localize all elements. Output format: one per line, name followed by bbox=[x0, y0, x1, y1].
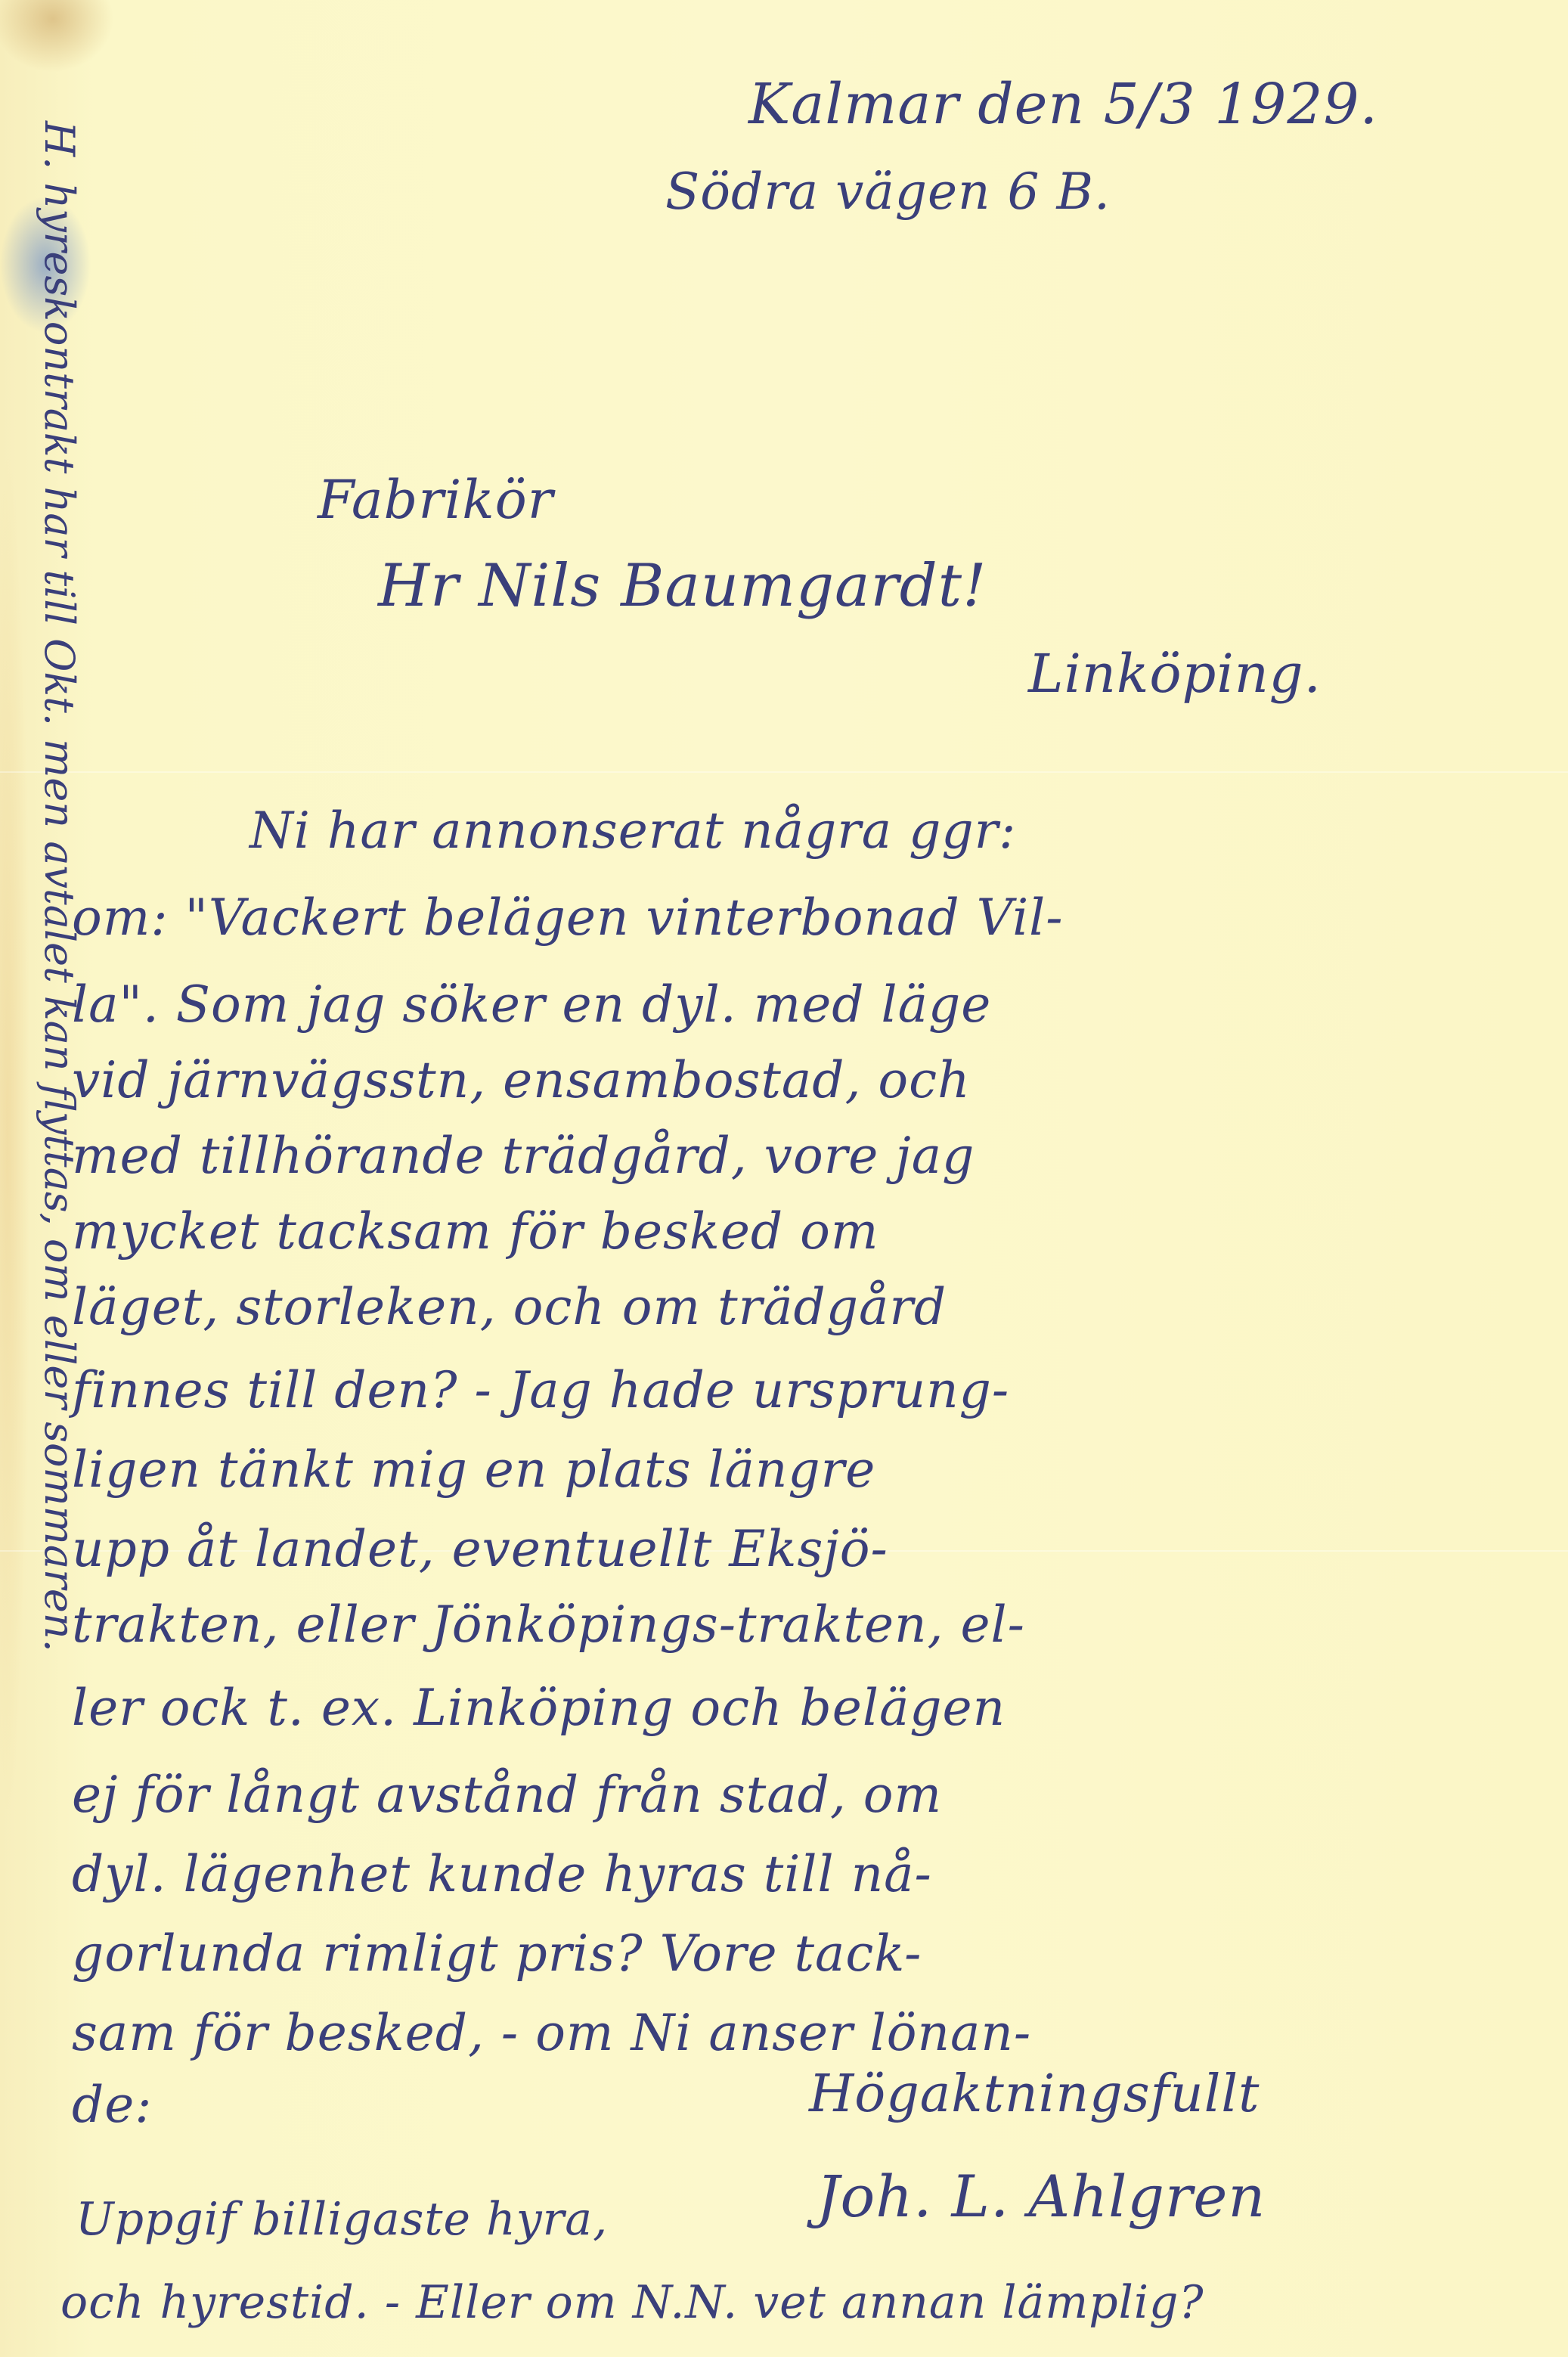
body-line: ligen tänkt mig en plats längre bbox=[72, 1441, 875, 1499]
body-line: ler ock t. ex. Linköping och belägen bbox=[72, 1679, 1006, 1737]
body-line: mycket tacksam för besked om bbox=[72, 1202, 879, 1261]
recipient-city: Linköping. bbox=[1028, 643, 1322, 705]
body-line: dyl. lägenhet kunde hyras till nå- bbox=[72, 1845, 932, 1903]
closing: Högaktningsfullt bbox=[809, 2064, 1260, 2124]
body-line: trakten, eller Jönköpings-trakten, el- bbox=[72, 1596, 1025, 1654]
body-line: ej för långt avstånd från stad, om bbox=[72, 1766, 942, 1824]
body-line: la". Som jag söker en dyl. med läge bbox=[72, 975, 991, 1034]
body-line: sam för besked, - om Ni anser lönan- bbox=[72, 2004, 1031, 2062]
body-line: med tillhörande trädgård, vore jag bbox=[72, 1127, 975, 1185]
paper-fold bbox=[0, 771, 1568, 773]
body-line: finnes till den? - Jag hade ursprung- bbox=[72, 1361, 1009, 1419]
body-line: Ni har annonserat några ggr: bbox=[249, 802, 1016, 860]
recipient-title: Fabrikör bbox=[318, 469, 553, 531]
body-line: upp åt landet, eventuellt Eksjö- bbox=[72, 1520, 888, 1578]
body-line: gorlunda rimligt pris? Vore tack- bbox=[72, 1924, 922, 1983]
body-line: läget, storleken, och om trädgård bbox=[72, 1278, 947, 1336]
postscript-line: Uppgif billigaste hyra, bbox=[76, 2193, 608, 2246]
sender-address: Södra vägen 6 B. bbox=[665, 163, 1111, 221]
body-line: om: "Vackert belägen vinterbonad Vil- bbox=[72, 889, 1064, 947]
postscript-line: och hyrestid. - Eller om N.N. vet annan … bbox=[60, 2276, 1204, 2329]
body-line: vid järnvägsstn, ensambostad, och bbox=[72, 1051, 971, 1109]
recipient-name: Hr Nils Baumgardt! bbox=[378, 552, 987, 620]
place-date: Kalmar den 5/3 1929. bbox=[748, 72, 1378, 137]
body-line: de: bbox=[72, 2076, 153, 2134]
signature: Joh. L. Ahlgren bbox=[817, 2163, 1266, 2230]
